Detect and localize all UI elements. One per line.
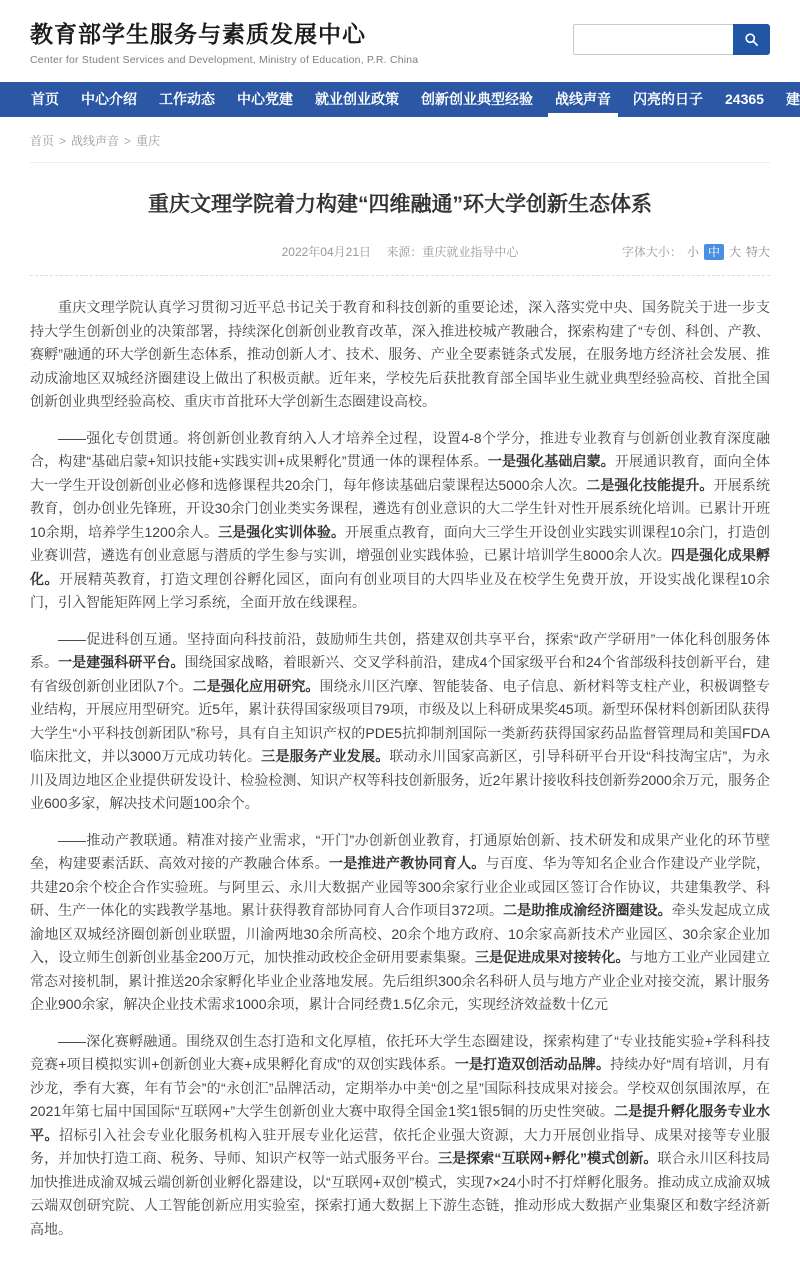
paragraph-text-segment: 开展精英教育，打造文理创谷孵化园区，面向有创业项目的大四毕业及在校学生免费开放，… (30, 571, 770, 611)
search-button[interactable] (733, 24, 770, 55)
nav-item-3[interactable]: 中心党建 (226, 82, 304, 117)
paragraph-bold-segment: 三是服务产业发展。 (261, 748, 389, 764)
paragraph-bold-segment: 一是打造双创活动品牌。 (455, 1056, 610, 1072)
font-size-control: 字体大小：小中大特大 (622, 242, 770, 262)
nav-item-9[interactable]: 建党百年 (775, 82, 800, 117)
paragraph-bold-segment: 一是推进产教协同育人。 (329, 855, 486, 871)
search-box (573, 24, 770, 55)
font-size-option-3[interactable]: 特大 (746, 245, 770, 259)
nav-item-2[interactable]: 工作动态 (148, 82, 226, 117)
paragraph-bold-segment: 二是助推成渝经济圈建设。 (503, 902, 672, 918)
paragraph-text-segment: 重庆文理学院认真学习贯彻习近平总书记关于教育和科技创新的重要论述，深入落实党中央… (30, 299, 770, 409)
article-source: 来源：重庆就业指导中心 (386, 245, 518, 259)
article-paragraph: ——推动产教联通。精准对接产业需求，“开门”办创新创业教育，打通原始创新、技术研… (30, 829, 770, 1017)
article-paragraph: ——深化赛孵融通。围绕双创生态打造和文化厚植，依托环大学生态圈建设，探索构建了“… (30, 1030, 770, 1242)
nav-item-0[interactable]: 首页 (20, 82, 70, 117)
nav-item-6[interactable]: 战线声音 (544, 82, 622, 117)
nav-item-1[interactable]: 中心介绍 (70, 82, 148, 117)
header-divider (30, 162, 770, 163)
breadcrumb-separator: > (124, 134, 131, 148)
site-header: 教育部学生服务与素质发展中心 Center for Student Servic… (0, 0, 800, 82)
paragraph-bold-segment: 三是促进成果对接转化。 (475, 949, 630, 965)
breadcrumb-separator: > (59, 134, 66, 148)
font-size-option-0[interactable]: 小 (687, 245, 699, 259)
font-size-option-2[interactable]: 大 (729, 245, 741, 259)
font-size-options: 小中大特大 (682, 245, 770, 259)
article-date: 2022年04月21日 (282, 245, 371, 259)
paragraph-bold-segment: 一是建强科研平台。 (58, 654, 184, 670)
article-paragraph: 重庆文理学院认真学习贯彻习近平总书记关于教育和科技创新的重要论述，深入落实党中央… (30, 296, 770, 414)
paragraph-bold-segment: 二是强化技能提升。 (586, 477, 713, 493)
breadcrumb-item-1[interactable]: 战线声音 (71, 134, 119, 148)
article-meta: 2022年04月21日 来源：重庆就业指导中心 字体大小：小中大特大 (30, 242, 770, 262)
paragraph-bold-segment: 一是强化基础启蒙。 (488, 453, 615, 469)
nav-item-5[interactable]: 创新创业典型经验 (410, 82, 544, 117)
paragraph-bold-segment: 三是探索“互联网+孵化”模式创新。 (438, 1150, 657, 1166)
breadcrumb: 首页>战线声音>重庆 (0, 117, 800, 162)
search-icon (744, 32, 759, 47)
font-size-option-1[interactable]: 中 (704, 244, 724, 260)
font-size-label: 字体大小： (622, 245, 682, 259)
nav-item-4[interactable]: 就业创业政策 (304, 82, 410, 117)
paragraph-bold-segment: 二是强化应用研究。 (193, 678, 320, 694)
site-subtitle: Center for Student Services and Developm… (30, 54, 770, 66)
article-paragraph: ——促进科创互通。坚持面向科技前沿，鼓励师生共创，搭建双创共享平台，探索“政产学… (30, 628, 770, 816)
paragraph-bold-segment: 三是强化实训体验。 (218, 524, 345, 540)
article-body: 重庆文理学院认真学习贯彻习近平总书记关于教育和科技创新的重要论述，深入落实党中央… (0, 276, 800, 1280)
nav-item-7[interactable]: 闪亮的日子 (622, 82, 714, 117)
main-nav: 首页中心介绍工作动态中心党建就业创业政策创新创业典型经验战线声音闪亮的日子243… (0, 82, 800, 117)
article-paragraph: ——强化专创贯通。将创新创业教育纳入人才培养全过程，设置4-8个学分，推进专业教… (30, 427, 770, 615)
breadcrumb-item-2[interactable]: 重庆 (136, 134, 160, 148)
search-input[interactable] (573, 24, 733, 55)
article-title: 重庆文理学院着力构建“四维融通”环大学创新生态体系 (40, 190, 760, 219)
breadcrumb-item-0[interactable]: 首页 (30, 134, 54, 148)
nav-item-8[interactable]: 24365 (714, 82, 775, 117)
